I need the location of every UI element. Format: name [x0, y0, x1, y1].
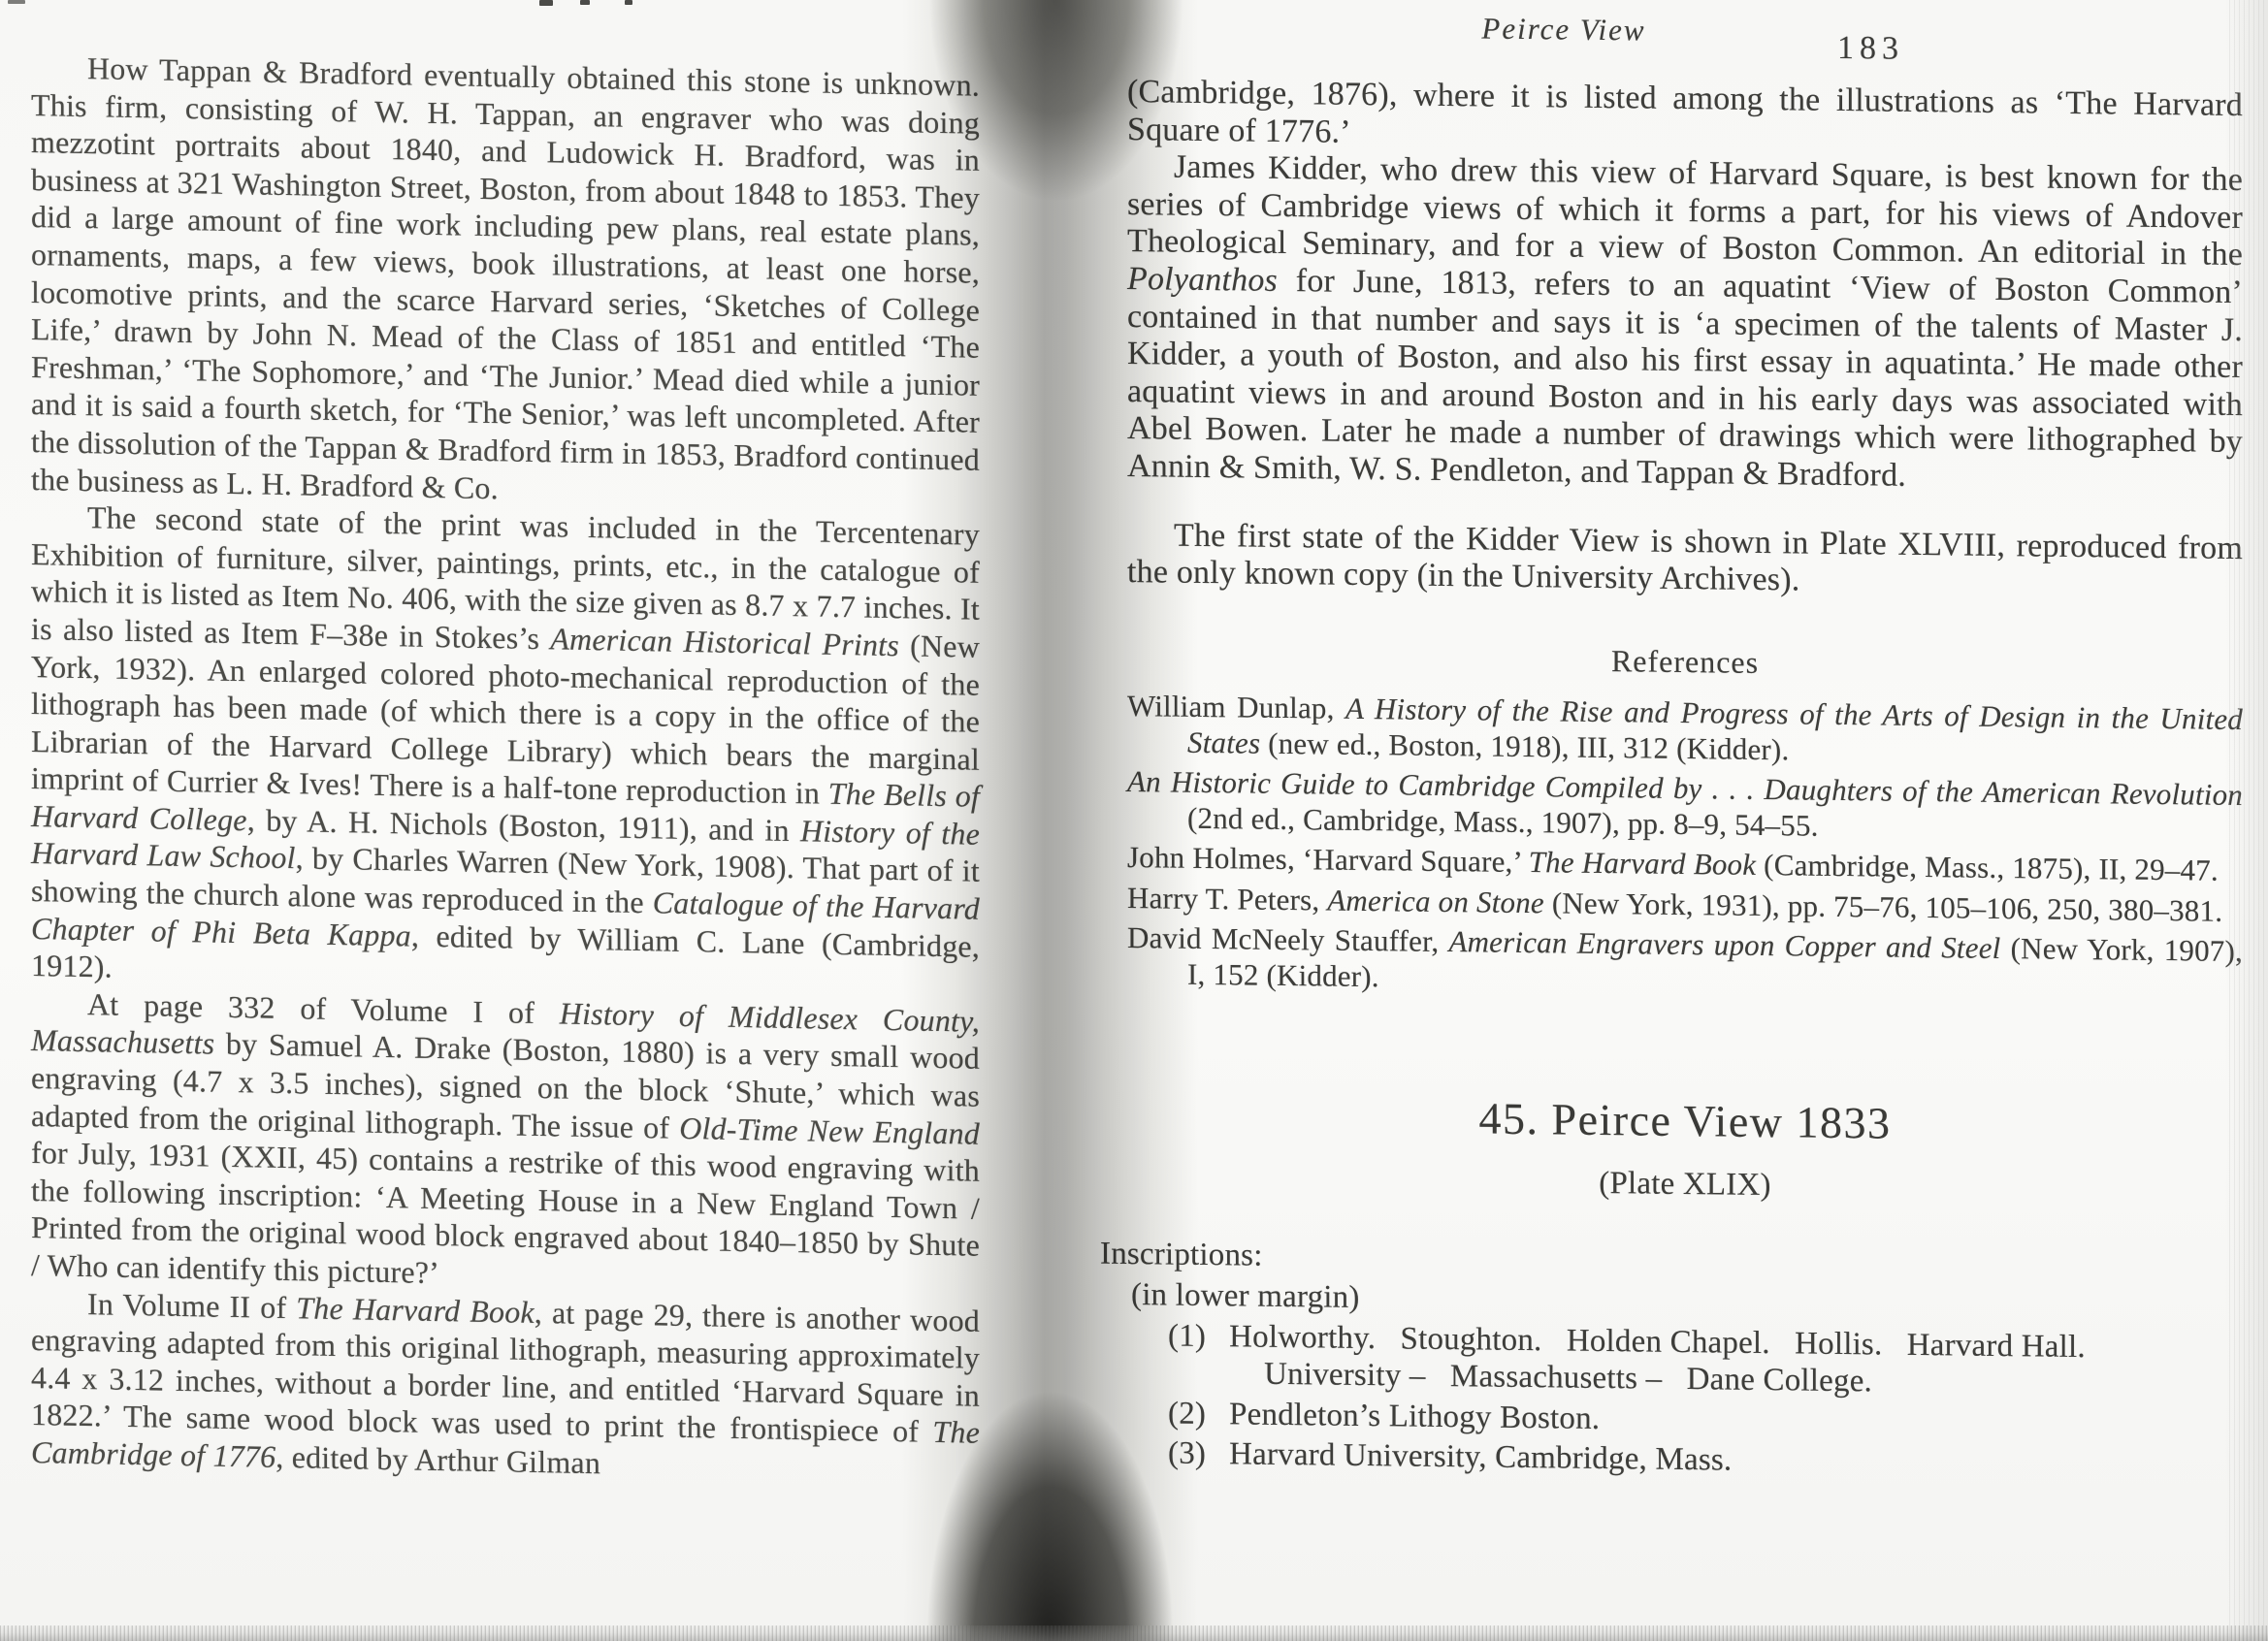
- running-head: Peirce View: [1127, 6, 2243, 57]
- inscription-text: Holworthy. Stoughton. Holden Chapel. Hol…: [1229, 1318, 2086, 1403]
- bottom-scan-noise: [0, 1625, 2268, 1641]
- inscription-number: (2): [1168, 1395, 1206, 1432]
- paragraph: (Cambridge, 1876), where it is listed am…: [1127, 74, 2243, 162]
- top-edge-mark: [580, 0, 590, 5]
- paragraph: In Volume II of The Harvard Book, at pag…: [31, 1284, 980, 1490]
- top-edge-mark: [625, 0, 632, 5]
- paragraph: At page 332 of Volume I of History of Mi…: [31, 984, 980, 1303]
- paragraph: The second state of the print was includ…: [31, 498, 980, 1002]
- top-edge-mark: [8, 0, 25, 4]
- paragraph: James Kidder, who drew this view of Harv…: [1127, 148, 2243, 499]
- reference-entry: David McNeely Stauffer, American Engrave…: [1127, 920, 2243, 1005]
- inscription-item: (1) Holworthy. Stoughton. Holden Chapel.…: [1168, 1317, 2243, 1405]
- entry-heading: 45. Peirce View 1833: [1127, 1096, 2243, 1147]
- reference-entry: William Dunlap, A History of the Rise an…: [1127, 689, 2243, 773]
- paragraph: The first state of the Kidder View is sh…: [1127, 517, 2243, 605]
- plate-label: (Plate XLIX): [1127, 1159, 2243, 1210]
- references-heading: References: [1127, 636, 2243, 688]
- top-edge-mark: [539, 0, 553, 6]
- book-scan: { "colors": { "paper": "#f7f7f5", "ink":…: [0, 0, 2268, 1641]
- reference-entry: An Historic Guide to Cambridge Compiled …: [1127, 764, 2243, 849]
- inscription-text: Harvard University, Cambridge, Mass.: [1229, 1436, 1732, 1480]
- page-header: Peirce View 183: [1127, 6, 2243, 64]
- inscription-line: Pendleton’s Lithogy Boston.: [1229, 1396, 1600, 1437]
- inscription-text: Pendleton’s Lithogy Boston.: [1229, 1396, 1600, 1437]
- page-number: 183: [1837, 30, 1904, 68]
- paragraph: How Tappan & Bradford eventually obtaine…: [31, 48, 980, 516]
- inscription-line: Harvard University, Cambridge, Mass.: [1229, 1436, 1732, 1480]
- inscription-number: (1): [1168, 1317, 1206, 1393]
- left-page: How Tappan & Bradford eventually obtaine…: [31, 48, 980, 1489]
- inscription-number: (3): [1168, 1435, 1206, 1473]
- right-page: Peirce View 183 (Cambridge, 1876), where…: [1127, 6, 2243, 1486]
